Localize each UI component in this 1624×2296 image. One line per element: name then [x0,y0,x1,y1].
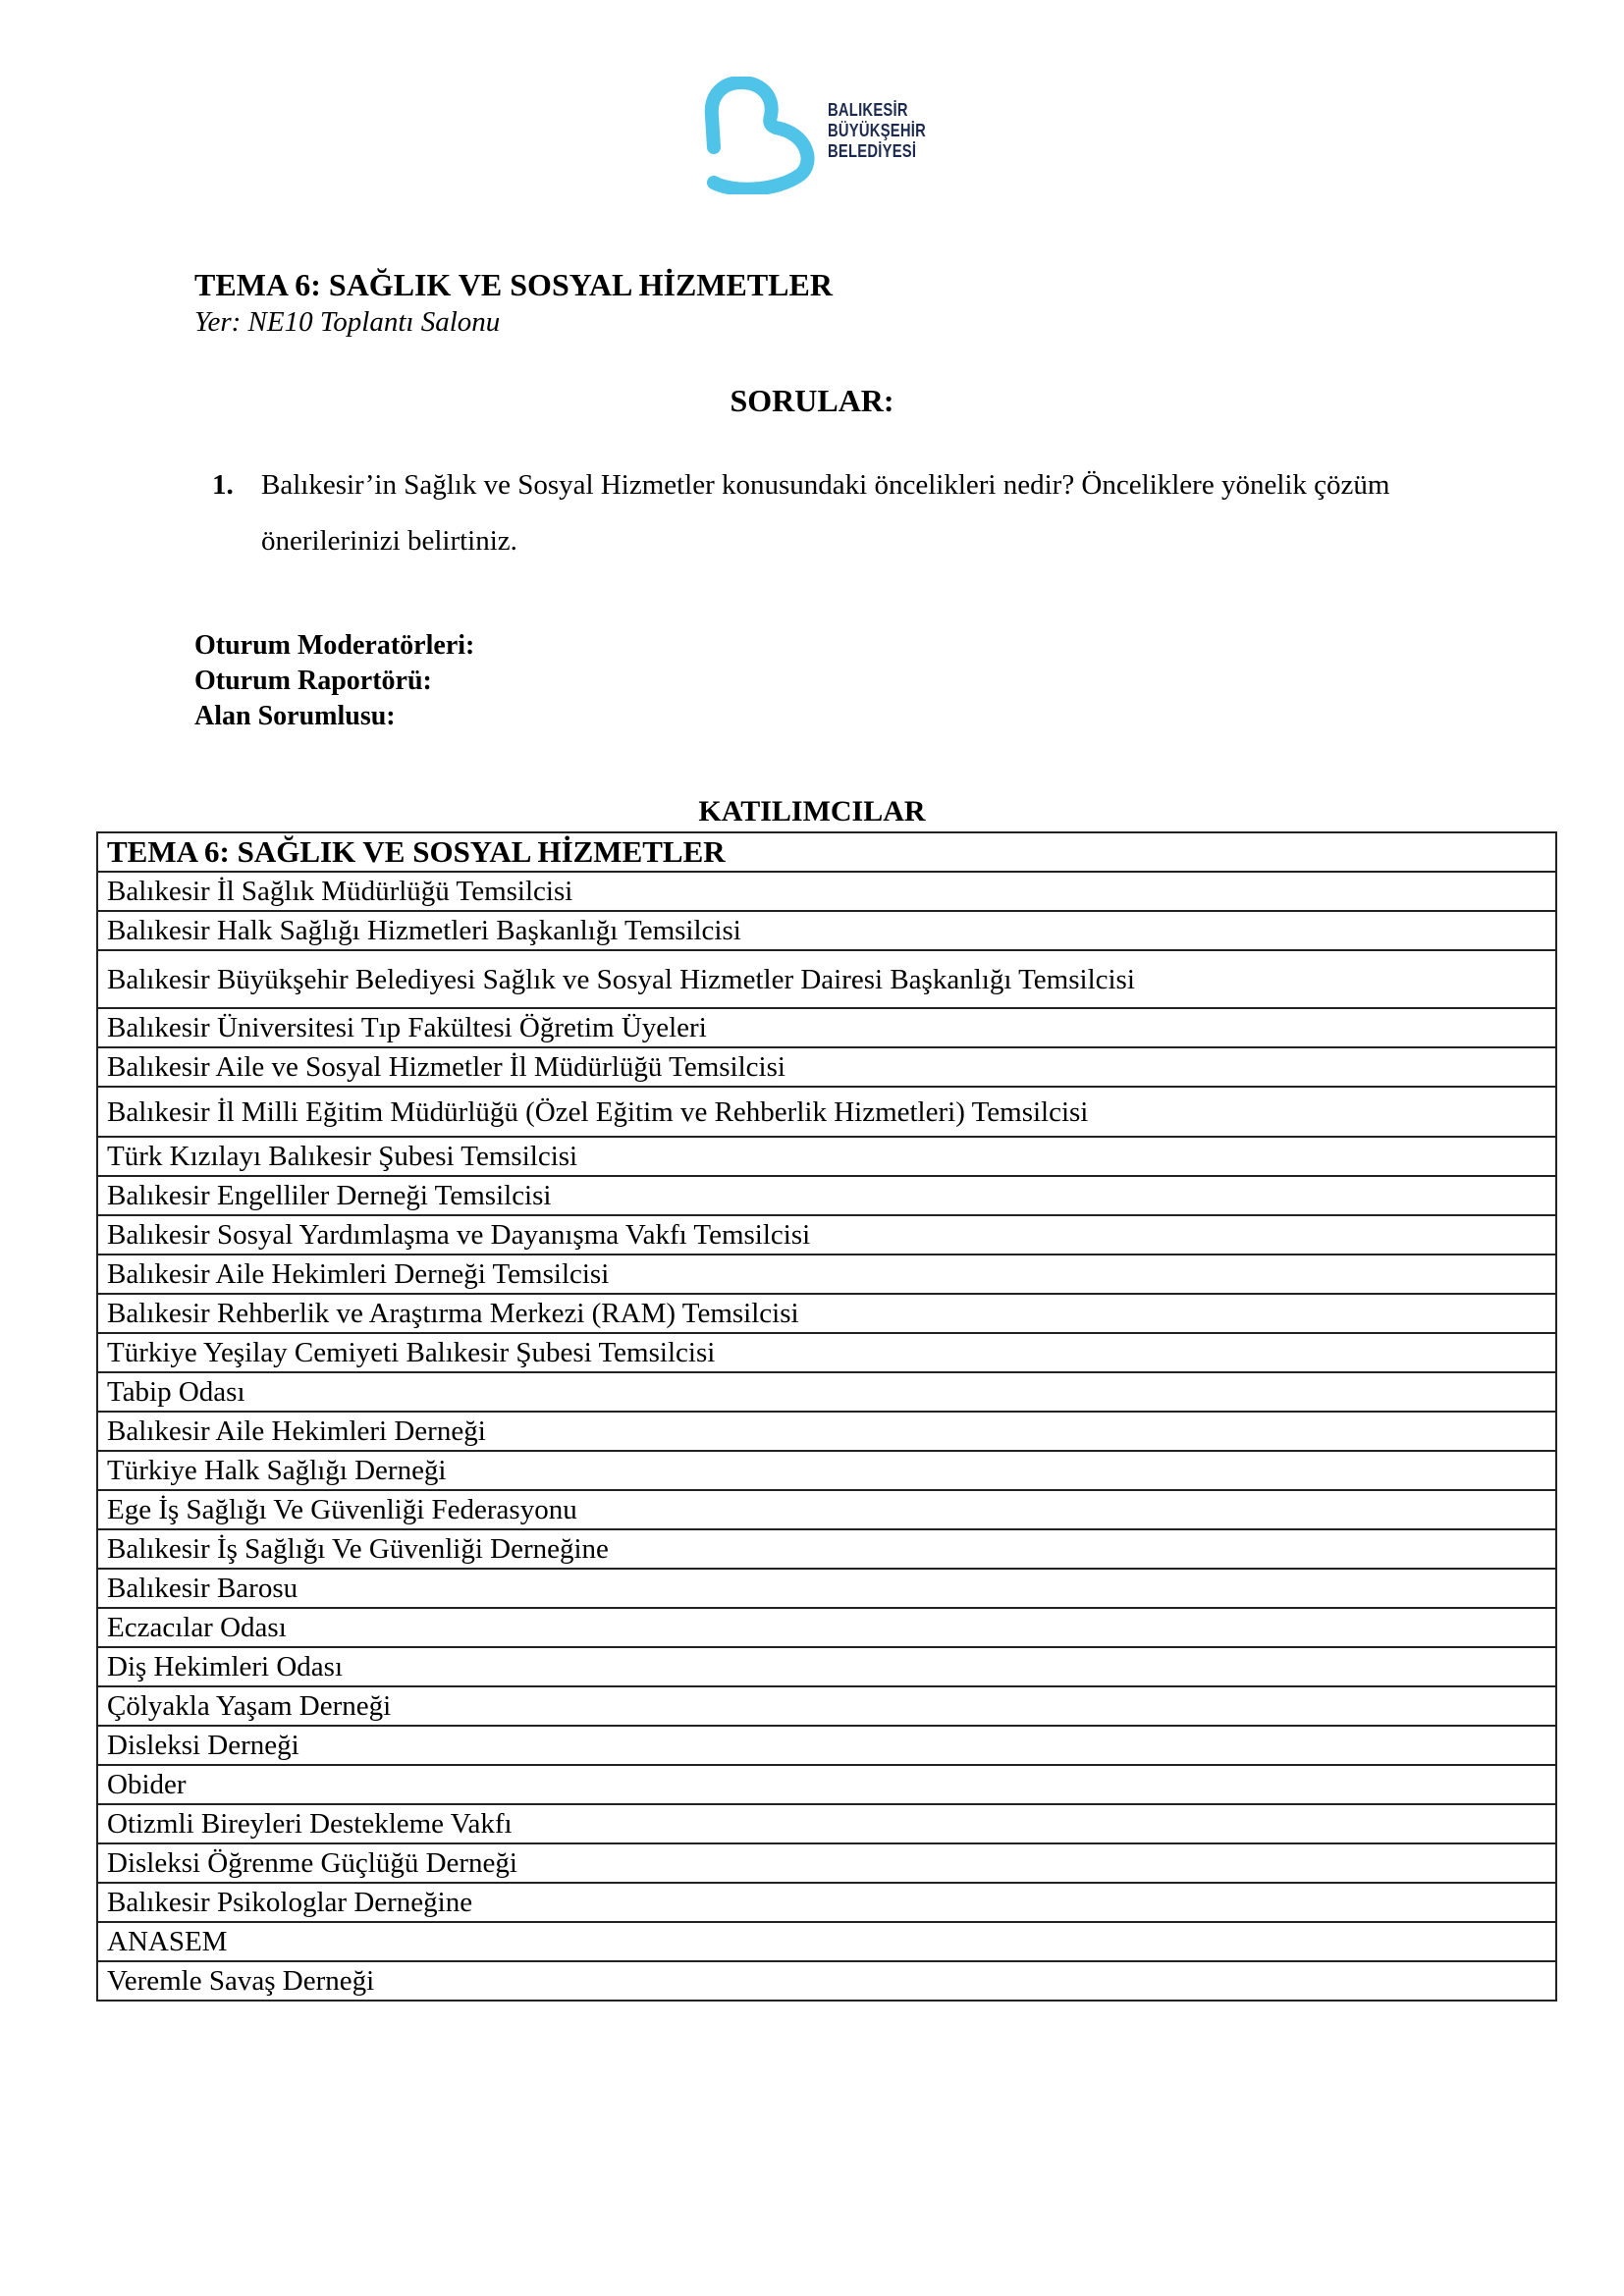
heart-b-logo-icon [692,77,815,194]
participant-cell: Eczacılar Odası [97,1608,1556,1647]
participant-cell: Türk Kızılayı Balıkesir Şubesi Temsilcis… [97,1137,1556,1176]
table-row: Balıkesir Üniversitesi Tıp Fakültesi Öğr… [97,1008,1556,1047]
table-row: Çölyakla Yaşam Derneği [97,1686,1556,1726]
table-row: Balıkesir Engelliler Derneği Temsilcisi [97,1176,1556,1215]
participant-cell: Balıkesir Büyükşehir Belediyesi Sağlık v… [97,950,1556,1008]
participant-cell: Tabip Odası [97,1372,1556,1412]
participant-cell: Balıkesir Rehberlik ve Araştırma Merkezi… [97,1294,1556,1333]
participant-cell: Balıkesir İl Milli Eğitim Müdürlüğü (Öze… [97,1087,1556,1137]
participant-cell: Balıkesir Psikologlar Derneğine [97,1883,1556,1922]
location: Yer: NE10 Toplantı Salonu [194,306,500,339]
participant-cell: Balıkesir Aile Hekimleri Derneği Temsilc… [97,1255,1556,1294]
table-row: Veremle Savaş Derneği [97,1961,1556,2001]
participant-cell: Balıkesir İş Sağlığı Ve Güvenliği Derneğ… [97,1529,1556,1569]
table-row: Balıkesir İl Milli Eğitim Müdürlüğü (Öze… [97,1087,1556,1137]
participant-cell: Balıkesir İl Sağlık Müdürlüğü Temsilcisi [97,872,1556,911]
role-area-lead: Alan Sorumlusu: [194,699,474,734]
participant-cell: Balıkesir Aile Hekimleri Derneği [97,1412,1556,1451]
participant-cell: Disleksi Öğrenme Güçlüğü Derneği [97,1843,1556,1883]
table-row: Balıkesir Aile Hekimleri Derneği [97,1412,1556,1451]
logo-line: BÜYÜKŞEHİR [828,121,926,141]
participant-cell: Balıkesir Engelliler Derneği Temsilcisi [97,1176,1556,1215]
table-row: Tabip Odası [97,1372,1556,1412]
table-header-row: TEMA 6: SAĞLIK VE SOSYAL HİZMETLER [97,832,1556,872]
participant-cell: Ege İş Sağlığı Ve Güvenliği Federasyonu [97,1490,1556,1529]
logo-wordmark: BALIKESİR BÜYÜKŞEHİR BELEDİYESİ [828,100,926,162]
table-row: Disleksi Derneği [97,1726,1556,1765]
role-moderators: Oturum Moderatörleri: [194,628,474,664]
participant-cell: Veremle Savaş Derneği [97,1961,1556,2001]
table-row: Türkiye Halk Sağlığı Derneği [97,1451,1556,1490]
table-row: Ege İş Sağlığı Ve Güvenliği Federasyonu [97,1490,1556,1529]
table-row: Eczacılar Odası [97,1608,1556,1647]
participant-cell: Çölyakla Yaşam Derneği [97,1686,1556,1726]
participant-cell: Balıkesir Halk Sağlığı Hizmetleri Başkan… [97,911,1556,950]
table-row: Balıkesir İş Sağlığı Ve Güvenliği Derneğ… [97,1529,1556,1569]
question-item: 1. Balıkesir’in Sağlık ve Sosyal Hizmetl… [212,457,1390,569]
participant-cell: Balıkesir Sosyal Yardımlaşma ve Dayanışm… [97,1215,1556,1255]
participant-cell: Balıkesir Üniversitesi Tıp Fakültesi Öğr… [97,1008,1556,1047]
participant-cell: Türkiye Yeşilay Cemiyeti Balıkesir Şubes… [97,1333,1556,1372]
session-roles: Oturum Moderatörleri: Oturum Raportörü: … [194,628,474,734]
table-row: Türk Kızılayı Balıkesir Şubesi Temsilcis… [97,1137,1556,1176]
theme-title: TEMA 6: SAĞLIK VE SOSYAL HİZMETLER [194,267,833,303]
participant-cell: ANASEM [97,1922,1556,1961]
question-text: Balıkesir’in Sağlık ve Sosyal Hizmetler … [261,457,1390,569]
participant-cell: Türkiye Halk Sağlığı Derneği [97,1451,1556,1490]
table-row: Türkiye Yeşilay Cemiyeti Balıkesir Şubes… [97,1333,1556,1372]
table-row: Disleksi Öğrenme Güçlüğü Derneği [97,1843,1556,1883]
role-reporter: Oturum Raportörü: [194,664,474,699]
participant-cell: Balıkesir Aile ve Sosyal Hizmetler İl Mü… [97,1047,1556,1087]
logo-line: BALIKESİR [828,100,926,121]
table-row: Balıkesir Halk Sağlığı Hizmetleri Başkan… [97,911,1556,950]
table-row: ANASEM [97,1922,1556,1961]
participant-cell: Balıkesir Barosu [97,1569,1556,1608]
participant-cell: Obider [97,1765,1556,1804]
table-row: Balıkesir Sosyal Yardımlaşma ve Dayanışm… [97,1215,1556,1255]
table-row: Diş Hekimleri Odası [97,1647,1556,1686]
participants-table: TEMA 6: SAĞLIK VE SOSYAL HİZMETLER Balık… [96,831,1557,2002]
participant-cell: Diş Hekimleri Odası [97,1647,1556,1686]
table-row: Otizmli Bireyleri Destekleme Vakfı [97,1804,1556,1843]
question-number: 1. [212,457,234,513]
participant-cell: Disleksi Derneği [97,1726,1556,1765]
table-row: Obider [97,1765,1556,1804]
table-row: Balıkesir İl Sağlık Müdürlüğü Temsilcisi [97,872,1556,911]
questions-heading: SORULAR: [0,383,1624,419]
municipality-logo: BALIKESİR BÜYÜKŞEHİR BELEDİYESİ [692,77,947,194]
table-header-cell: TEMA 6: SAĞLIK VE SOSYAL HİZMETLER [97,832,1556,872]
participants-heading: KATILIMCILAR [0,795,1624,828]
table-row: Balıkesir Aile Hekimleri Derneği Temsilc… [97,1255,1556,1294]
participant-cell: Otizmli Bireyleri Destekleme Vakfı [97,1804,1556,1843]
table-row: Balıkesir Rehberlik ve Araştırma Merkezi… [97,1294,1556,1333]
table-row: Balıkesir Barosu [97,1569,1556,1608]
table-row: Balıkesir Psikologlar Derneğine [97,1883,1556,1922]
logo-line: BELEDİYESİ [828,141,926,162]
table-row: Balıkesir Büyükşehir Belediyesi Sağlık v… [97,950,1556,1008]
table-row: Balıkesir Aile ve Sosyal Hizmetler İl Mü… [97,1047,1556,1087]
